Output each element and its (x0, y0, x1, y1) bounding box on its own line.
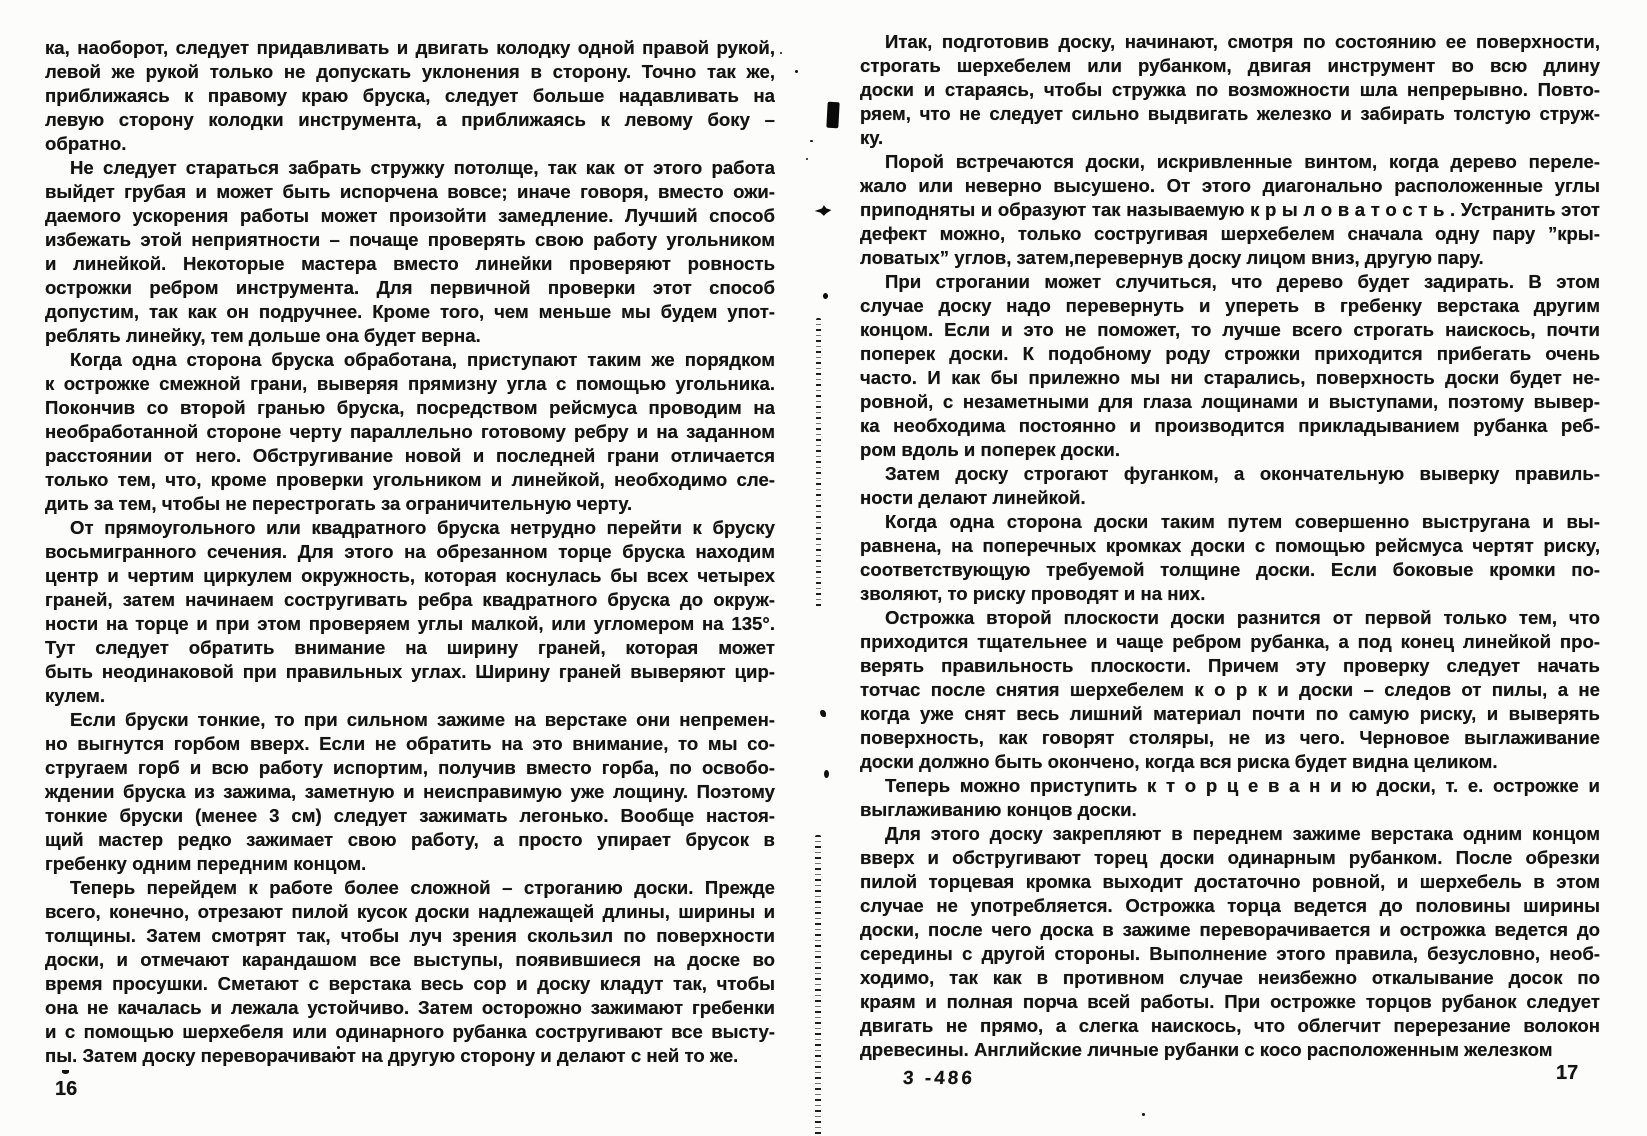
text-line: Если бруски тонкие, то при сильном зажим… (45, 708, 775, 732)
text-line: двигать не прямо, а слегка наискось, что… (860, 1014, 1600, 1038)
text-line: Затем доску строгают фуганком, а окончат… (860, 462, 1600, 486)
speck (780, 52, 782, 54)
text-line: ку. (860, 126, 1600, 150)
text-line: вверх и обстругивают торец доски одинарн… (860, 846, 1600, 870)
text-line: тонкие бруски (менее 3 см) следует зажим… (45, 804, 775, 828)
text-line: поверхность, как говорят столяры, не из … (860, 726, 1600, 750)
text-line: От прямоугольного или квадратного бруска… (45, 516, 775, 540)
left-page-text-column: ка, наоборот, следует придавливать и дви… (45, 36, 775, 1068)
text-line: левую сторону колодки инструмента, а при… (45, 108, 775, 132)
speck (1142, 1113, 1145, 1116)
text-line: выглаживанию концов доски. (860, 798, 1600, 822)
text-line: тотчас после снятия шерхебелем к о р к и… (860, 678, 1600, 702)
speck (824, 770, 829, 778)
text-line: ка, наоборот, следует придавливать и дви… (45, 36, 775, 60)
text-line: но выгнутся горбом вверх. Если не обрати… (45, 732, 775, 756)
text-line: быть неодинаковой при правильных углах. … (45, 660, 775, 684)
text-line: середины с другой стороны. Выполнение эт… (860, 942, 1600, 966)
text-line: При строгании может случиться, что дерев… (860, 270, 1600, 294)
text-line: доски, после чего доска в зажиме перевор… (860, 918, 1600, 942)
page-number-left: 16 (55, 1078, 77, 1101)
text-line: Покончив со второй гранью бруска, посред… (45, 396, 775, 420)
speck (337, 1046, 340, 1049)
text-line: ности на торце и при этом проверяем углы… (45, 612, 775, 636)
text-line: выйдет грубая и может быть испорчена вов… (45, 180, 775, 204)
text-line: Когда одна сторона доски таким путем сов… (860, 510, 1600, 534)
text-line: кулем. (45, 684, 775, 708)
text-line: восьмигранного сечения. Для этого на обр… (45, 540, 775, 564)
text-line: щий мастер редко зажимает свою работу, а… (45, 828, 775, 852)
book-spread: { "document": {"language": "ru", "kind":… (0, 0, 1647, 1136)
text-line: время просушки. Сметают с верстака весь … (45, 972, 775, 996)
text-line: реблять линейку, тем дольше она будет ве… (45, 324, 775, 348)
text-line: жало или неверно высушено. От этого диаг… (860, 174, 1600, 198)
text-line: ка необходима постоянно и производится п… (860, 414, 1600, 438)
speck (795, 70, 798, 73)
text-line: толщины. Затем смотрят так, чтобы луч зр… (45, 924, 775, 948)
gutter-speckle-strip-upper (816, 318, 821, 610)
text-line: строгать шерхебелем или рубанком, двигая… (860, 54, 1600, 78)
text-line: она не качалась и лежала устойчиво. Зате… (45, 996, 775, 1020)
text-line: поперек доски. К подобному роду строжки … (860, 342, 1600, 366)
text-line: пы. Затем доску переворачивают на другую… (45, 1044, 775, 1068)
text-line: Порой встречаются доски, искривленные ви… (860, 150, 1600, 174)
speck (810, 140, 813, 142)
page-number-right: 17 (1556, 1062, 1578, 1085)
text-line: необработанной стороне черту параллельно… (45, 420, 775, 444)
text-line: ности делают линейкой. (860, 486, 1600, 510)
text-line: центр и чертим циркулем окружность, кото… (45, 564, 775, 588)
text-line: Острожка второй плоскости доски разнится… (860, 606, 1600, 630)
text-line: и линейкой. Некоторые мастера вместо лин… (45, 252, 775, 276)
text-line: Тут следует обратить внимание на ширину … (45, 636, 775, 660)
text-line: обратно. (45, 132, 775, 156)
text-line: дить за тем, чтобы не перестрогать за ог… (45, 492, 775, 516)
text-line: расстоянии от него. Обстругивание новой … (45, 444, 775, 468)
text-line: зволяют, то риску проводят и на них. (860, 582, 1600, 606)
right-page-text-column: Итак, подготовив доску, начинают, смотря… (860, 30, 1600, 1062)
text-line: стругаем горб и всю работу испортим, пол… (45, 756, 775, 780)
text-line: всего, конечно, отрезают пилой кусок дос… (45, 900, 775, 924)
ink-blot (815, 205, 832, 216)
text-line: пилой торцевая кромка выходит достаточно… (860, 870, 1600, 894)
text-line: краям и полная порча всей работы. При ос… (860, 990, 1600, 1014)
text-line: соответствующую требуемой толщине доски.… (860, 558, 1600, 582)
text-line: Не следует стараться забрать стружку пот… (45, 156, 775, 180)
text-line: Теперь можно приступить к т о р ц е в а … (860, 774, 1600, 798)
text-line: равнена, на поперечных кромках доски с п… (860, 534, 1600, 558)
text-line: приходится тщательнее и чаще ребром руба… (860, 630, 1600, 654)
ink-blotch (826, 102, 839, 129)
text-line: верять правильность плоскости. Причем эт… (860, 654, 1600, 678)
text-line: доски должно быть окончено, когда вся ри… (860, 750, 1600, 774)
text-line: только тем, что, кроме проверки угольник… (45, 468, 775, 492)
text-line: ром вдоль и поперек доски. (860, 438, 1600, 462)
text-line: часто. И как бы прилежно мы ни старались… (860, 366, 1600, 390)
text-line: приподняты и образуют так называемую к р… (860, 198, 1600, 222)
text-line: Итак, подготовив доску, начинают, смотря… (860, 30, 1600, 54)
text-line: древесины. Английские личные рубанки с к… (860, 1038, 1600, 1062)
speck (820, 710, 826, 717)
text-line: ходимо, так как в противном случае неизб… (860, 966, 1600, 990)
text-line: приближаясь к правому краю бруска, следу… (45, 84, 775, 108)
text-line: и с помощью шерхебеля или одинарного руб… (45, 1020, 775, 1044)
text-line: Для этого доску закрепляют в переднем за… (860, 822, 1600, 846)
text-line: ровной, с незаметными для глаза лощинами… (860, 390, 1600, 414)
text-line: гребенку одним передним концом. (45, 852, 775, 876)
print-signature: 3 -486 (902, 1068, 975, 1090)
text-line: ловатых” углов, затем,перевернув доску л… (860, 246, 1600, 270)
text-line: Теперь перейдем к работе более сложной –… (45, 876, 775, 900)
speck (806, 158, 808, 160)
text-line: Когда одна сторона бруска обработана, пр… (45, 348, 775, 372)
text-line: ждении бруска из зажима, заметную и неис… (45, 780, 775, 804)
text-line: доски, и отмечают карандашом все выступы… (45, 948, 775, 972)
text-line: случае доску надо перевернуть и упереть … (860, 294, 1600, 318)
text-line: ряем, что не следует сильно выдвигать же… (860, 102, 1600, 126)
text-line: избежать этой неприятности – почаще пров… (45, 228, 775, 252)
text-line: острожки ребром инструмента. Для первичн… (45, 276, 775, 300)
text-line: даемого ускорения работы может произойти… (45, 204, 775, 228)
gutter-speckle-strip-lower (815, 835, 821, 1136)
speck (62, 1070, 69, 1074)
ink-dot (823, 293, 828, 299)
text-line: допустим, так как он подручнее. Кроме то… (45, 300, 775, 324)
text-line: левой же рукой только не допускать уклон… (45, 60, 775, 84)
text-line: к острожке смежной грани, выверяя прямиз… (45, 372, 775, 396)
text-line: когда уже снят весь лишний материал почт… (860, 702, 1600, 726)
text-line: случае не употребляется. Острожка торца … (860, 894, 1600, 918)
text-line: доски и стараясь, чтобы стружка по возмо… (860, 78, 1600, 102)
text-line: граней, затем начинаем состругивать ребр… (45, 588, 775, 612)
text-line: концом. Если и это не поможет, то лучше … (860, 318, 1600, 342)
text-line: дефект можно, только состругивая шерхебе… (860, 222, 1600, 246)
